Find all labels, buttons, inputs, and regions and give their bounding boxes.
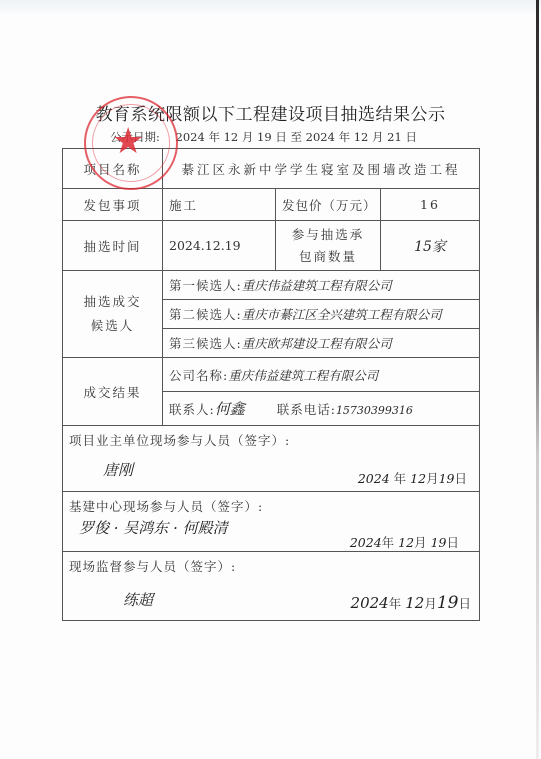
contact-value: 何鑫 xyxy=(215,400,245,418)
phone-label: 联系电话: xyxy=(277,402,336,417)
contract-price-label: 发包价（万元） xyxy=(276,189,381,221)
contract-price-value: 16 xyxy=(381,189,480,221)
scan-top-band xyxy=(0,0,541,14)
owner-signature-names: 唐刚 xyxy=(103,459,133,480)
supervision-signature-section: 现场监督参与人员（签字）: 练超 2024年 12月19日 xyxy=(62,551,480,621)
candidate-3-label: 第三候选人: xyxy=(169,336,242,351)
contract-item-value: 施工 xyxy=(163,189,276,221)
publication-date-period: 2024 年 12 月 19 日 至 2024 年 12 月 21 日 xyxy=(176,130,417,144)
candidate-1-value: 重庆伟益建筑工程有限公司 xyxy=(242,278,392,293)
result-contact: 联系人:何鑫 联系电话:15730399316 xyxy=(163,392,480,426)
supervision-signature-label: 现场监督参与人员（签字）: xyxy=(69,557,236,575)
owner-signature-label: 项目业主单位现场参与人员（签字）: xyxy=(69,431,290,449)
table-row: 发包事项 施工 发包价（万元） 16 xyxy=(63,189,480,221)
candidates-label: 抽选成交候选人 xyxy=(63,271,163,358)
participants-value: 15家 xyxy=(381,221,480,271)
project-name-value: 綦江区永新中学学生寝室及围墙改造工程 xyxy=(163,149,480,189)
owner-signature-date: 2024 年 12月19日 xyxy=(358,469,467,487)
company-label: 公司名称: xyxy=(169,368,228,383)
supervision-signature-date: 2024年 12月19日 xyxy=(351,593,471,613)
candidate-2: 第二候选人:重庆市綦江区全兴建筑工程有限公司 xyxy=(163,300,480,329)
selection-time-label: 抽选时间 xyxy=(63,221,163,271)
result-label: 成交结果 xyxy=(63,358,163,426)
contract-item-label: 发包事项 xyxy=(63,189,163,221)
table-row: 抽选时间 2024.12.19 参与抽选承包商数量 15家 xyxy=(63,221,480,271)
construction-center-signature-date: 2024年 12月 19日 xyxy=(350,533,459,551)
construction-center-signature-names: 罗俊 · 吴鸿东 · 何殿清 xyxy=(79,517,228,538)
candidate-3: 第三候选人:重庆欧邦建设工程有限公司 xyxy=(163,329,480,358)
construction-center-signature-section: 基建中心现场参与人员（签字）: 罗俊 · 吴鸿东 · 何殿清 2024年 12月… xyxy=(62,491,480,552)
company-value: 重庆伟益建筑工程有限公司 xyxy=(228,368,378,383)
red-star-seal-icon: ★ xyxy=(112,124,144,160)
table-row: 成交结果 公司名称:重庆伟益建筑工程有限公司 xyxy=(63,358,480,392)
candidate-1-label: 第一候选人: xyxy=(169,278,242,293)
selection-time-value: 2024.12.19 xyxy=(163,221,276,271)
owner-signature-section: 项目业主单位现场参与人员（签字）: 唐刚 2024 年 12月19日 xyxy=(62,425,480,492)
candidate-3-value: 重庆欧邦建设工程有限公司 xyxy=(242,336,392,351)
participants-label: 参与抽选承包商数量 xyxy=(276,221,381,271)
candidate-2-label: 第二候选人: xyxy=(169,307,242,322)
supervision-signature-names: 练超 xyxy=(123,589,153,610)
result-company: 公司名称:重庆伟益建筑工程有限公司 xyxy=(163,358,480,392)
candidate-2-value: 重庆市綦江区全兴建筑工程有限公司 xyxy=(242,307,442,322)
contact-label: 联系人: xyxy=(169,402,215,417)
document-title: 教育系统限额以下工程建设项目抽选结果公示 xyxy=(0,100,541,125)
construction-center-signature-label: 基建中心现场参与人员（签字）: xyxy=(69,497,263,515)
candidate-1: 第一候选人:重庆伟益建筑工程有限公司 xyxy=(163,271,480,300)
official-seal: ★ xyxy=(84,96,178,190)
phone-value: 15730399316 xyxy=(336,404,413,417)
table-row: 抽选成交候选人 第一候选人:重庆伟益建筑工程有限公司 xyxy=(63,271,480,300)
